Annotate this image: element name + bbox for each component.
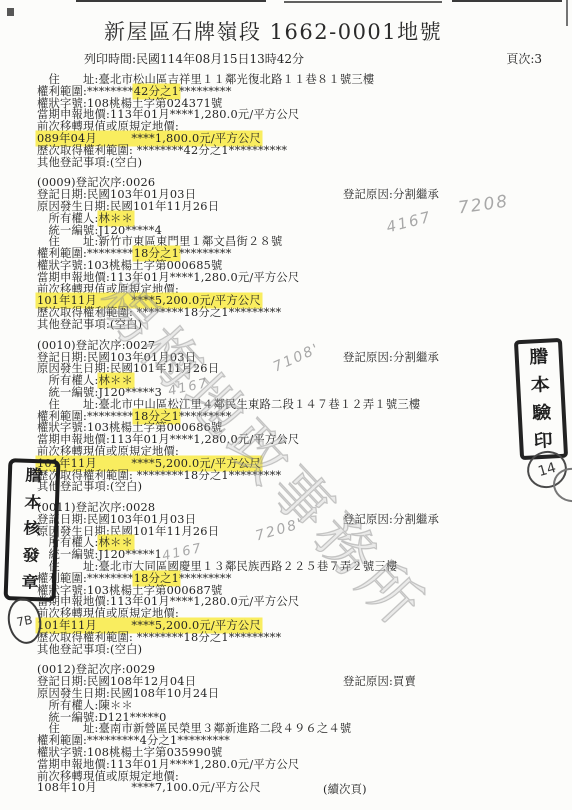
seal-character: 本 <box>24 495 42 511</box>
seal-character: 驗 <box>532 404 552 422</box>
registration-reason: 登記原因:分割繼承 <box>343 352 439 364</box>
scanned-page: 楊梅地政事務所 新屋區石牌嶺段 1662-0001地號 列印時間:民國114年0… <box>0 0 572 810</box>
scan-artifact <box>7 8 14 16</box>
document-line: 原因發生日期:民國101年11月26日 <box>37 201 554 213</box>
line-text: 其他登記事項:(空白) <box>37 643 142 656</box>
line-text: 其他登記事項:(空白) <box>37 156 142 169</box>
seal-character: 本 <box>530 376 550 394</box>
register-entry: (0010)登記次序:0027登記日期:民國103年01月03日登記原因:分割繼… <box>37 340 554 493</box>
register-entry: (0012)登記次序:0029登記日期:民國108年12月04日登記原因:買賣原… <box>37 664 554 794</box>
register-entry: (0011)登記次序:0028登記日期:民國103年01月03日登記原因:分割繼… <box>37 502 554 655</box>
scan-artifact <box>452 0 562 2</box>
scan-artifact <box>284 1 442 3</box>
line-text: 108年10月 ****7,100.0元/平方公尺 <box>37 781 261 794</box>
document-line: 108年10月 ****7,100.0元/平方公尺 <box>37 782 554 794</box>
seal-character: 章 <box>21 575 39 591</box>
document-line: 其他登記事項:(空白) <box>37 157 554 169</box>
seal-character: 謄 <box>529 348 549 366</box>
seal-character: 發 <box>22 549 40 565</box>
page-title: 新屋區石牌嶺段 1662-0001地號 <box>104 18 572 46</box>
scan-artifact <box>566 0 568 26</box>
seal-character: 謄 <box>25 468 43 484</box>
document-line: 其他登記事項:(空白) <box>37 319 554 331</box>
line-text: 其他登記事項:(空白) <box>37 318 142 331</box>
page-number: 頁次:3 <box>506 52 542 66</box>
document-body: 住 址:臺北市松山區吉祥里１１鄰光復北路１１巷８１號三樓權利範圍:*******… <box>37 74 554 794</box>
line-text: 前次移轉現值或原規定地價: <box>37 445 179 458</box>
seal-character: 印 <box>533 432 553 450</box>
seal-character: 核 <box>23 522 41 538</box>
right-seal-stamp: 謄本驗印 <box>514 338 568 460</box>
document-line: 其他登記事項:(空白) <box>37 481 554 493</box>
left-seal-stamp: 謄本核發章 <box>4 458 61 602</box>
document-line: 其他登記事項:(空白) <box>37 644 554 656</box>
meta-row: 列印時間:民國114年08月15日13時42分 頁次:3 <box>84 52 542 66</box>
registration-reason: 登記原因:分割繼承 <box>343 514 439 526</box>
print-time: 列印時間:民國114年08月15日13時42分 <box>84 52 304 66</box>
document-line: 前次移轉現值或原規定地價: <box>37 446 554 458</box>
registration-reason: 登記原因:分割繼承 <box>343 189 439 201</box>
register-entry: 住 址:臺北市松山區吉祥里１１鄰光復北路１１巷８１號三樓權利範圍:*******… <box>37 74 554 168</box>
registration-reason: 登記原因:買賣 <box>343 676 416 688</box>
scan-artifact <box>76 0 266 2</box>
register-entry: (0009)登記次序:0026登記日期:民國103年01月03日登記原因:分割繼… <box>37 177 554 330</box>
